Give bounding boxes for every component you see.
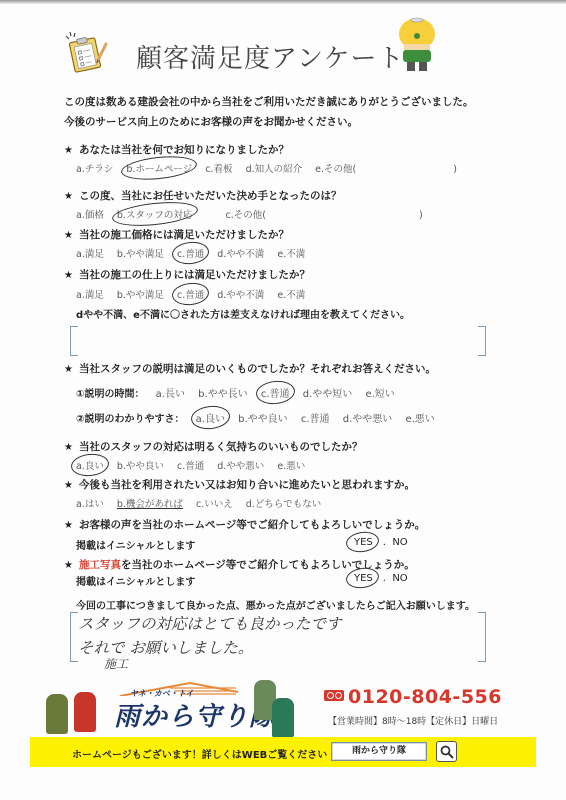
option-c[interactable]: c.その他( xyxy=(225,207,265,221)
question-recommend-options: a.はい b.機会があれば c.いいえ d.どちらでもない xyxy=(76,496,331,510)
option-e[interactable]: e.不満 xyxy=(277,246,305,260)
option-b-selected[interactable]: b.スタッフの対応 xyxy=(117,207,193,221)
question-text: 当社の施工価格には満足いただけましたか？ xyxy=(79,229,289,241)
option-b-selected[interactable]: b.機会があれば xyxy=(117,496,183,510)
bracket-left xyxy=(70,612,78,662)
consent-photo-row: 掲載はイニシャルとします YES. NO xyxy=(76,573,195,588)
option-b[interactable]: b.やや満足 xyxy=(117,246,164,260)
bracket-left xyxy=(70,326,78,356)
option-e[interactable]: e.不満 xyxy=(277,287,305,301)
option-a[interactable]: a.チラシ xyxy=(76,161,113,175)
hero-character-icon xyxy=(272,698,294,738)
star-icon: ★ xyxy=(64,560,73,571)
feedback-line-1: スタッフの対応はとても良かったです xyxy=(78,612,478,636)
clipboard-icon xyxy=(64,30,108,74)
phone-number[interactable]: 0120-804-556 xyxy=(324,686,502,708)
star-icon: ★ xyxy=(64,480,73,491)
option-d[interactable]: d.やや不満 xyxy=(217,246,264,260)
hero-character-icon xyxy=(46,694,68,734)
option-d[interactable]: d.やや短い xyxy=(303,385,353,400)
reason-prompt: dやや不満、e不満に〇された方は差支えなければ理由を教えてください。 xyxy=(76,306,410,321)
question-4: ★当社の施工の仕上りには満足いただけましたか？ xyxy=(64,267,310,282)
paren-close: ) xyxy=(453,164,457,175)
yes-option-selected[interactable]: YES xyxy=(354,573,373,584)
separator: . xyxy=(383,573,386,584)
question-staff-explanation: ★当社スタッフの説明は満足のいくものでしたか？それぞれお答えください。 xyxy=(64,361,436,376)
survey-page: 顧客満足度アンケート この度は数ある建設会社の中から当社をご利用いただき誠にあり… xyxy=(0,0,566,800)
question-text: 今後も当社を利用されたい又はお知り合いに進めたいと思われますか。 xyxy=(79,479,415,491)
scan-edge xyxy=(0,0,566,4)
option-e[interactable]: e.短い xyxy=(365,385,394,400)
option-d[interactable]: d.どちらでもない xyxy=(246,496,321,510)
question-2: ★この度、当社にお任せいただいた決め手となったのは？ xyxy=(64,188,341,203)
option-a-selected[interactable]: a.良い xyxy=(196,410,225,425)
question-text: あなたは当社を何でお知りになりましたか？ xyxy=(79,144,289,156)
intro-line-1: この度は数ある建設会社の中から当社をご利用いただき誠にありがとうございました。 xyxy=(64,92,474,112)
phone-text: 0120-804-556 xyxy=(348,686,502,708)
star-icon: ★ xyxy=(64,520,73,531)
paren-close: ) xyxy=(419,210,423,221)
question-staff-attitude: ★当社のスタッフの対応は明るく気持ちのいいものでしたか？ xyxy=(64,439,362,454)
star-icon: ★ xyxy=(64,191,73,202)
mascot-worker-icon xyxy=(390,12,444,74)
free-dial-icon xyxy=(324,690,344,701)
consent-voice-row: 掲載はイニシャルとします YES. NO xyxy=(76,537,195,552)
question-1: ★あなたは当社を何でお知りになりましたか？ xyxy=(64,142,289,157)
subquestion-label: ①説明の時間： xyxy=(76,389,144,400)
option-c-selected[interactable]: c.普通 xyxy=(261,385,290,400)
option-c-selected[interactable]: c.普通 xyxy=(177,287,204,301)
option-a[interactable]: a.満足 xyxy=(76,287,104,301)
option-e[interactable]: e.悪い xyxy=(405,410,434,425)
web-banner: ホームページもございます！詳しくはWEBご覧ください 雨から守り隊 xyxy=(30,737,536,767)
question-1-options: a.チラシ b.ホームページ c.看板 d.知人の紹介 e.その他( ) xyxy=(76,161,457,175)
bracket-right xyxy=(478,326,486,356)
page-title: 顧客満足度アンケート xyxy=(136,38,404,75)
search-box[interactable]: 雨から守り隊 xyxy=(331,742,427,761)
option-b-selected[interactable]: b.ホームページ xyxy=(126,161,192,175)
option-e[interactable]: e.悪い xyxy=(277,458,305,472)
option-c[interactable]: c.いいえ xyxy=(196,496,233,510)
option-c[interactable]: c.普通 xyxy=(177,458,204,472)
question-consent-voice: ★お客様の声を当社のホームページ等でご紹介してもよろしいでしょうか。 xyxy=(64,517,425,532)
option-d[interactable]: d.やや悪い xyxy=(217,458,264,472)
question-3: ★当社の施工価格には満足いただけましたか？ xyxy=(64,227,289,242)
yes-no-choice: YES. NO xyxy=(354,537,408,548)
feedback-answer[interactable]: スタッフの対応はとても良かったです それで お願いしました。 xyxy=(78,612,478,660)
star-icon: ★ xyxy=(64,270,73,281)
question-text: 当社スタッフの説明は満足のいくものでしたか？それぞれお答えください。 xyxy=(79,363,436,375)
question-text: この度、当社にお任せいただいた決め手となったのは？ xyxy=(79,190,342,202)
no-option[interactable]: NO xyxy=(392,573,407,584)
option-d[interactable]: d.やや不満 xyxy=(217,287,264,301)
question-text: 当社の施工の仕上りには満足いただけましたか？ xyxy=(79,269,310,281)
option-a[interactable]: a.長い xyxy=(156,385,185,400)
business-hours: 【営業時間】8時～18時【定休日】日曜日 xyxy=(328,714,498,727)
star-icon: ★ xyxy=(64,364,73,375)
subquestion-clarity: ②説明のわかりやすさ： a.良い b.やや良い c.普通 d.やや悪い e.悪い xyxy=(76,410,445,425)
handwritten-insert: 施工 xyxy=(104,655,128,672)
option-c[interactable]: c.看板 xyxy=(205,161,232,175)
separator: . xyxy=(383,537,386,548)
option-a[interactable]: a.はい xyxy=(76,496,104,510)
option-b[interactable]: b.やや良い xyxy=(238,410,288,425)
subquestion-label: ②説明のわかりやすさ： xyxy=(76,414,184,425)
intro-text: この度は数ある建設会社の中から当社をご利用いただき誠にありがとうございました。 … xyxy=(64,92,474,132)
consent-note: 掲載はイニシャルとします xyxy=(76,541,195,552)
option-d[interactable]: d.やや悪い xyxy=(343,410,393,425)
star-icon: ★ xyxy=(64,145,73,156)
option-a-selected[interactable]: a.良い xyxy=(76,458,104,472)
option-c[interactable]: c.普通 xyxy=(301,410,330,425)
header: 顧客満足度アンケート xyxy=(60,18,460,78)
brand-name: 雨から守り隊 xyxy=(114,696,276,733)
question-recommend: ★今後も当社を利用されたい又はお知り合いに進めたいと思われますか。 xyxy=(64,477,415,492)
option-d[interactable]: d.知人の紹介 xyxy=(246,161,303,175)
highlight-construction-photo: 施工写真 xyxy=(79,559,121,571)
yes-no-choice: YES. NO xyxy=(354,573,408,584)
search-button[interactable] xyxy=(436,741,457,762)
hero-character-icon xyxy=(74,692,96,732)
brand-logo-area: ヤネ・カベ・トイ 雨から守り隊 xyxy=(40,676,290,736)
question-4-options: a.満足 b.やや満足 c.普通 d.やや不満 e.不満 xyxy=(76,287,315,301)
option-b[interactable]: b.やや長い xyxy=(198,385,248,400)
reason-answer-field[interactable] xyxy=(82,328,472,354)
feedback-line-2: それで お願いしました。 xyxy=(78,636,478,660)
question-staff-attitude-options: a.良い b.やや良い c.普通 d.やや悪い e.悪い xyxy=(76,458,315,472)
option-c-selected[interactable]: c.普通 xyxy=(177,246,204,260)
option-b[interactable]: b.やや良い xyxy=(117,458,164,472)
option-b[interactable]: b.やや満足 xyxy=(117,287,164,301)
no-option[interactable]: NO xyxy=(392,537,407,548)
bracket-right xyxy=(478,612,486,662)
question-text: お客様の声を当社のホームページ等でご紹介してもよろしいでしょうか。 xyxy=(79,519,425,531)
star-icon: ★ xyxy=(64,230,73,241)
intro-line-2: 今後のサービス向上のためにお客様の声をお聞かせください。 xyxy=(64,112,474,132)
subquestion-time: ①説明の時間： a.長い b.やや長い c.普通 d.やや短い e.短い xyxy=(76,385,405,400)
star-icon: ★ xyxy=(64,442,73,453)
question-text: 当社のスタッフの対応は明るく気持ちのいいものでしたか？ xyxy=(79,441,363,453)
option-a[interactable]: a.価格 xyxy=(76,207,104,221)
question-3-options: a.満足 b.やや満足 c.普通 d.やや不満 e.不満 xyxy=(76,246,315,260)
feedback-prompt: 今回の工事につきまして良かった点、悪かった点がございましたらご記入お願いします。 xyxy=(76,597,475,612)
option-a[interactable]: a.満足 xyxy=(76,246,104,260)
question-2-options: a.価格 b.スタッフの対応 c.その他( ) xyxy=(76,207,423,221)
search-icon xyxy=(440,745,454,759)
option-e[interactable]: e.その他( xyxy=(315,161,356,175)
banner-text: ホームページもございます！詳しくはWEBご覧ください xyxy=(72,746,327,761)
yes-option-selected[interactable]: YES xyxy=(354,537,373,548)
consent-note: 掲載はイニシャルとします xyxy=(76,577,195,588)
